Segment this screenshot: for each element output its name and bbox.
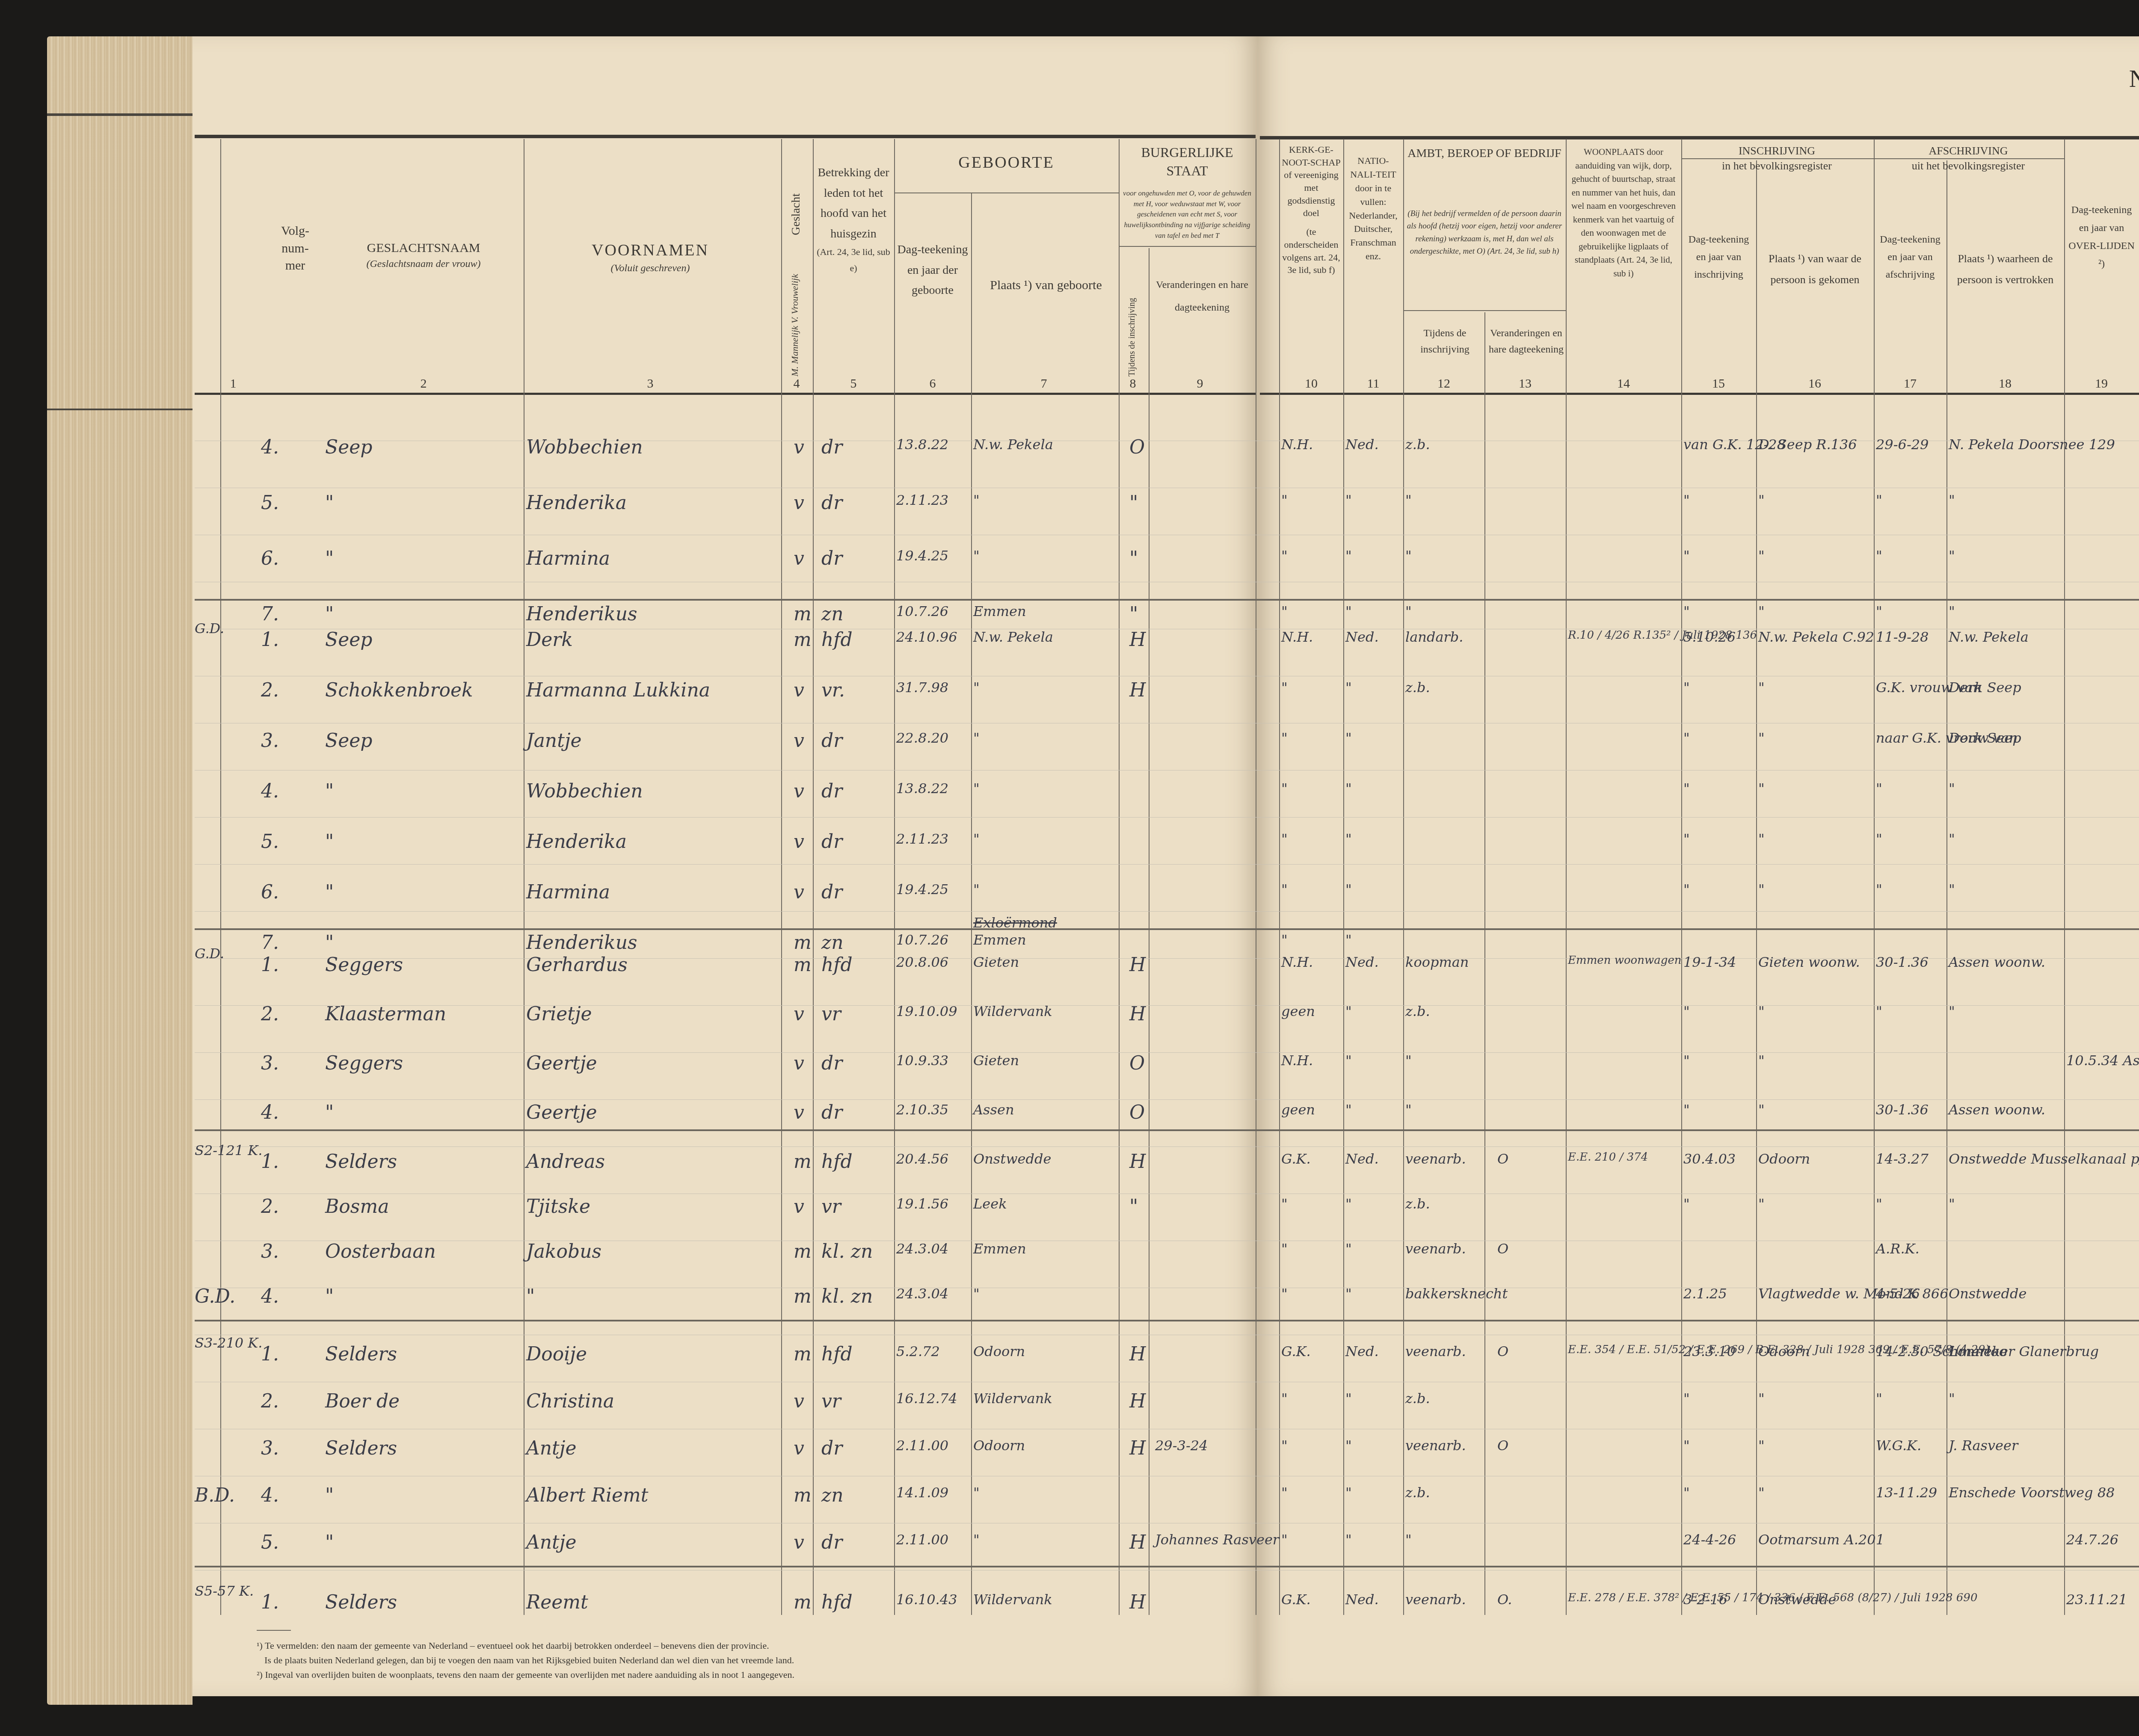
column-number: 13	[1514, 376, 1536, 391]
cell-surname: Selders	[325, 1343, 397, 1365]
cell-given: Dooije	[526, 1343, 587, 1365]
cell-rel: dr	[821, 1437, 842, 1459]
cell-surname: "	[325, 548, 334, 569]
cell-in-date: "	[1683, 603, 1690, 619]
cell-birth-place: "	[973, 780, 980, 797]
cell-rel: dr	[821, 1052, 842, 1074]
cell-church: "	[1281, 492, 1288, 508]
cell-rel: vr	[821, 1196, 841, 1218]
staat-subrule	[1119, 246, 1256, 247]
cell-nr: 6.	[261, 548, 279, 569]
header-overlijden: Dag-teekening en jaar van OVER-LIJDEN ²)	[2066, 201, 2137, 273]
header-bottom-rule-right	[1260, 393, 2139, 395]
cell-in-from: "	[1758, 1196, 1765, 1212]
page-stack-left	[47, 36, 193, 1705]
header-inschrijving: INSCHRIJVING in het bevolkingsregister	[1681, 143, 1872, 173]
cell-civil: H	[1129, 1532, 1146, 1553]
household-margin-note: S2-121 K.	[195, 1142, 262, 1158]
cell-out-to: N. Pekela Doorsnee 129	[1949, 436, 2115, 453]
cell-church: "	[1281, 1390, 1288, 1407]
cell-nr: 5.	[261, 831, 279, 853]
cell-nr: 4.	[261, 1484, 279, 1506]
cell-civil: "	[1129, 548, 1138, 569]
cell-surname: Seep	[325, 629, 372, 651]
cell-out-to: Assen woonw.	[1949, 1102, 2045, 1118]
cell-in-date: 3-2-16	[1683, 1591, 1727, 1608]
col-line	[1946, 160, 1947, 1615]
cell-given: Wobbechien	[526, 436, 643, 458]
cell-birth-place: Gieten	[973, 954, 1019, 970]
cell-nr: 1.	[261, 954, 279, 976]
cell-rel: kl. zn	[821, 1241, 873, 1262]
cell-nr: 2.	[261, 679, 279, 701]
cell-nat: Ned.	[1345, 1151, 1379, 1167]
column-number: 14	[1613, 376, 1634, 391]
cell-nr: 5.	[261, 1532, 279, 1553]
cell-out-to: "	[1949, 881, 1955, 898]
cell-nr: 3.	[261, 1241, 279, 1262]
ruled-line	[195, 582, 2139, 582]
ruled-line	[195, 1241, 2139, 1241]
cell-birth-date: 19.1.56	[896, 1196, 948, 1212]
cell-civil: H	[1129, 1003, 1146, 1025]
cell-in-from: "	[1758, 1390, 1765, 1407]
cell-sex: m	[794, 1151, 812, 1173]
cell-nr: 1.	[261, 1151, 279, 1173]
cell-occ: z.b.	[1405, 1003, 1430, 1019]
cell-occ: veenarb.	[1405, 1151, 1466, 1167]
cell-civil: O	[1129, 436, 1145, 458]
cell-in-date: 23.3.10	[1683, 1343, 1736, 1360]
cell-sex: m	[794, 603, 812, 625]
cell-birth-place: Gieten	[973, 1052, 1019, 1069]
cell-birth-place: "	[973, 730, 980, 746]
cell-civil: H	[1129, 1390, 1146, 1412]
footnote-rule	[257, 1630, 291, 1631]
cell-birth-date: 2.11.00	[896, 1532, 948, 1548]
cell-nat: "	[1345, 1484, 1352, 1501]
cell-surname: Selders	[325, 1151, 397, 1173]
cell-nr: 2.	[261, 1390, 279, 1412]
cell-in-date: 5.10.26	[1683, 629, 1736, 645]
col-line	[1484, 312, 1485, 1615]
cell-given: Jantje	[526, 730, 582, 752]
cell-surname: Boer de	[325, 1390, 400, 1412]
cell-residence: Emmen woonwagen	[1568, 954, 1682, 967]
header-kerkgenootschap-title: KERK-GE-NOOT-SCHAP of vereeniging met go…	[1281, 143, 1341, 219]
cell-out-to: "	[1949, 1003, 1955, 1019]
cell-rel: vr	[821, 1390, 841, 1412]
cell-surname: Seggers	[325, 954, 403, 976]
cell-civil: O	[1129, 1052, 1145, 1074]
cell-occ: "	[1405, 603, 1412, 619]
cell-birth-date: 2.11.00	[896, 1437, 948, 1454]
cell-rel: dr	[821, 780, 842, 802]
cell-given: Andreas	[526, 1151, 605, 1173]
cell-church: "	[1281, 1286, 1288, 1302]
cell-nr: 1.	[261, 1591, 279, 1613]
cell-sex: v	[794, 1390, 804, 1412]
cell-church: G.K.	[1281, 1343, 1311, 1360]
ruled-line	[195, 1005, 2139, 1006]
cell-in-date: "	[1683, 1196, 1690, 1212]
cell-rel: zn	[821, 932, 844, 954]
cell-occ-change: O	[1497, 1343, 1508, 1360]
cell-out-to: "	[1949, 831, 1955, 847]
col-line	[220, 139, 221, 1615]
header-kerkgenootschap: KERK-GE-NOOT-SCHAP of vereeniging met go…	[1281, 143, 1341, 276]
cell-church: "	[1281, 548, 1288, 564]
cell-civil: "	[1129, 603, 1138, 625]
cell-occ: bakkersknecht	[1405, 1286, 1508, 1302]
cell-out-date: A.R.K.	[1876, 1241, 1920, 1257]
cell-civil-change: Johannes Rasveer	[1155, 1532, 1279, 1548]
col-line	[1149, 248, 1149, 1615]
cell-out-to: Derk Seep	[1949, 730, 2021, 746]
cell-church: "	[1281, 1532, 1288, 1548]
cell-in-from: Odoorn	[1758, 1151, 1810, 1167]
ruled-line	[195, 676, 2139, 676]
ruled-line	[195, 488, 2139, 488]
cell-sex: m	[794, 932, 812, 954]
header-tijdens-inschrijving: Tijdens de inschrijving	[1127, 265, 1137, 376]
cell-surname: Schokkenbroek	[325, 679, 473, 701]
cell-birth-date: 24.10.96	[896, 629, 957, 645]
col-line	[1681, 139, 1682, 1615]
header-afschrijving: AFSCHRIJVING uit het bevolkingsregister	[1872, 143, 2064, 173]
cell-birth-date: 10.7.26	[896, 932, 948, 948]
cell-nat: Ned.	[1345, 436, 1379, 453]
col-line	[524, 139, 524, 1615]
cell-given: Wobbechien	[526, 780, 643, 802]
cell-birth-date: 19.4.25	[896, 548, 948, 564]
header-voornamen-sub: (Voluit geschreven)	[556, 261, 744, 275]
cell-surname: Seep	[325, 730, 372, 752]
cell-nat: Ned.	[1345, 954, 1379, 970]
col-line	[1566, 139, 1567, 1615]
cell-civil: O	[1129, 1102, 1145, 1123]
cell-church: "	[1281, 932, 1288, 948]
cell-in-from: "	[1758, 548, 1765, 564]
cell-nat: "	[1345, 881, 1352, 898]
cell-occ: z.b.	[1405, 679, 1430, 696]
header-afschrijving-sub: uit het bevolkingsregister	[1872, 158, 2064, 173]
cell-out-to: N.w. Pekela	[1949, 629, 2029, 645]
ruled-line	[195, 535, 2139, 535]
cell-out-to: Lonneker Glanerbrug	[1949, 1343, 2099, 1360]
cell-nr: 3.	[261, 1437, 279, 1459]
cell-out-to: "	[1949, 492, 1955, 508]
cell-rel: zn	[821, 1484, 844, 1506]
header-betrekking-sub: (Art. 24, 3e lid, sub e)	[815, 244, 892, 276]
header-voornamen: VOORNAMEN (Voluit geschreven)	[556, 240, 744, 276]
header-inschrijving-afschrijving: INSCHRIJVING in het bevolkingsregister A…	[1681, 143, 2064, 173]
cell-occ: "	[1405, 492, 1412, 508]
cell-nr: 3.	[261, 730, 279, 752]
cell-death: 10.5.34 Assen	[2066, 1052, 2139, 1069]
cell-church: "	[1281, 1241, 1288, 1257]
cell-out-date: "	[1876, 831, 1882, 847]
cell-surname: "	[325, 1102, 334, 1123]
cell-sex: m	[794, 1591, 812, 1613]
household-separator	[195, 1129, 2139, 1131]
cell-birth-place: "	[973, 1484, 980, 1501]
cell-in-from: "	[1758, 1052, 1765, 1069]
ruled-line	[195, 1476, 2139, 1476]
header-inschrijving-title: INSCHRIJVING	[1681, 143, 1872, 158]
cell-birth-place: Odoorn	[973, 1343, 1025, 1360]
cell-nr: 5.	[261, 492, 279, 514]
cell-in-date: "	[1683, 780, 1690, 797]
cell-in-from: "	[1758, 780, 1765, 797]
cell-in-date: 19-1-34	[1683, 954, 1736, 970]
cell-out-to: "	[1949, 1196, 1955, 1212]
cell-sex: v	[794, 1052, 804, 1074]
cell-out-date: W.G.K.	[1876, 1437, 1921, 1454]
cell-sex: v	[794, 1196, 804, 1218]
header-betrekking-title: Betrekking der leden tot het hoofd van h…	[815, 163, 892, 244]
cell-occ: "	[1405, 1102, 1412, 1118]
cell-in-date: "	[1683, 548, 1690, 564]
household-separator	[195, 1320, 2139, 1321]
cell-out-to: "	[1949, 780, 1955, 797]
cell-surname: Klaasterman	[325, 1003, 446, 1025]
cell-birth-place-struck: Exloërmond	[973, 915, 1057, 931]
cell-birth-date: 2.10.35	[896, 1102, 948, 1118]
cell-church: "	[1281, 1437, 1288, 1454]
cell-surname: "	[325, 831, 334, 853]
cell-surname: "	[325, 1532, 334, 1553]
cell-occ-change: O	[1497, 1437, 1508, 1454]
cell-given: Gerhardus	[526, 954, 628, 976]
cell-rel: dr	[821, 492, 842, 514]
cell-in-from: "	[1758, 492, 1765, 508]
cell-surname: Bosma	[325, 1196, 389, 1218]
cell-civil: H	[1129, 1437, 1146, 1459]
cell-birth-date: 16.12.74	[896, 1390, 957, 1407]
cell-occ: koopman	[1405, 954, 1469, 970]
header-geslacht-sub: M. Mannelijk V. Vrouwelijk	[789, 252, 800, 376]
cell-out-to: "	[1949, 1390, 1955, 1407]
cell-surname: "	[325, 492, 334, 514]
cell-church: "	[1281, 730, 1288, 746]
cell-nr: 4.	[261, 780, 279, 802]
cell-civil: H	[1129, 1343, 1146, 1365]
cell-given: Harmina	[526, 548, 610, 569]
cell-church: N.H.	[1281, 629, 1313, 645]
cell-civil: H	[1129, 954, 1146, 976]
header-top-rule-left	[195, 135, 1256, 138]
cell-in-from: Ootmarsum A.201	[1758, 1532, 1884, 1548]
cell-out-date: 13-11.29	[1876, 1484, 1937, 1501]
cell-occ: landarb.	[1405, 629, 1463, 645]
cell-sex: v	[794, 1102, 804, 1123]
household-margin-note-lower: G.D.	[195, 1286, 235, 1307]
cell-surname: "	[325, 932, 334, 954]
household-margin-note: G.D.	[195, 945, 224, 962]
cell-sex: m	[794, 1286, 812, 1307]
cell-surname: "	[325, 881, 334, 903]
cell-nr: 3.	[261, 1052, 279, 1074]
cell-occ: "	[1405, 548, 1412, 564]
cell-nr: 4.	[261, 1102, 279, 1123]
cell-in-from: Odoorn	[1758, 1343, 1810, 1360]
column-number: 3	[640, 376, 661, 391]
cell-nr: 7.	[261, 603, 279, 625]
cell-occ: "	[1405, 1532, 1412, 1548]
header-betrekking: Betrekking der leden tot het hoofd van h…	[815, 163, 892, 276]
cell-death: 23.11.21	[2066, 1591, 2127, 1608]
cell-birth-place: "	[973, 548, 980, 564]
cell-out-date: "	[1876, 603, 1882, 619]
cell-nat: "	[1345, 1390, 1352, 1407]
cell-birth-date: 19.4.25	[896, 881, 948, 898]
ruled-line	[195, 1429, 2139, 1429]
ruled-line	[195, 770, 2139, 770]
cell-birth-place: N.w. Pekela	[973, 629, 1053, 645]
col-line	[813, 139, 814, 1615]
cell-out-to: "	[1949, 548, 1955, 564]
cell-in-date: 24-4-26	[1683, 1532, 1736, 1548]
col-line	[1343, 139, 1344, 1615]
cell-in-from: "	[1758, 1003, 1765, 1019]
cell-sex: v	[794, 831, 804, 853]
cell-rel: zn	[821, 603, 844, 625]
header-voornamen-title: VOORNAMEN	[556, 240, 744, 261]
column-number: 18	[1994, 376, 2016, 391]
cell-given: Reemt	[526, 1591, 588, 1613]
cell-nat: Ned.	[1345, 1591, 1379, 1608]
header-volgnummer: Volg- num- mer	[261, 222, 329, 275]
cell-nat: "	[1345, 492, 1352, 508]
cell-church: geen	[1281, 1003, 1315, 1019]
cell-occ-change: O.	[1497, 1591, 1512, 1608]
header-burgerlijke-staat: BURGERLIJKE STAAT	[1121, 143, 1253, 180]
cell-given: Derk	[526, 629, 573, 651]
cell-in-date: "	[1683, 1484, 1690, 1501]
cell-occ: veenarb.	[1405, 1343, 1466, 1360]
cell-rel: dr	[821, 730, 842, 752]
cell-out-date: "	[1876, 780, 1882, 797]
cell-nat: "	[1345, 679, 1352, 696]
cell-given: "	[526, 1286, 535, 1307]
cell-out-date: "	[1876, 881, 1882, 898]
cell-nr: 2.	[261, 1196, 279, 1218]
cell-civil: H	[1129, 1151, 1146, 1173]
cell-rel: kl. zn	[821, 1286, 873, 1307]
cell-birth-date: 13.8.22	[896, 436, 948, 453]
cell-in-date: "	[1683, 679, 1690, 696]
header-burgerlijke-staat-sub: voor ongehuwden met O, voor de gehuwden …	[1121, 188, 1253, 241]
cell-rel: vr	[821, 1003, 841, 1025]
cell-rel: hfd	[821, 1591, 853, 1613]
cell-rel: dr	[821, 548, 842, 569]
cell-church: geen	[1281, 1102, 1315, 1118]
column-number: 11	[1363, 376, 1384, 391]
cell-birth-place: Wildervank	[973, 1003, 1052, 1019]
cell-birth-place: "	[973, 1532, 980, 1548]
header-geslachtsnaam-sub: (Geslachtsnaam der vrouw)	[351, 257, 496, 271]
cell-occ: veenarb.	[1405, 1591, 1466, 1608]
cell-out-to: J. Rasveer	[1949, 1437, 2018, 1454]
cell-surname: Selders	[325, 1591, 397, 1613]
header-veranderingen: Veranderingen en hare dagteekening	[1151, 274, 1253, 319]
cell-nat: "	[1345, 1286, 1352, 1302]
cell-surname: "	[325, 780, 334, 802]
header-inschrijving-plaats: Plaats ¹) van waar de persoon is gekomen	[1758, 248, 1872, 290]
cell-out-to: Assen woonw.	[1949, 954, 2045, 970]
cell-civil: H	[1129, 629, 1146, 651]
cell-surname: Seggers	[325, 1052, 403, 1074]
cell-birth-date: 22.8.20	[896, 730, 948, 746]
cell-sex: v	[794, 1003, 804, 1025]
column-number: 6	[922, 376, 943, 391]
cell-given: Henderika	[526, 492, 627, 514]
col-line	[1756, 160, 1757, 1615]
cell-in-date: 30.4.03	[1683, 1151, 1736, 1167]
cell-occ: z.b.	[1405, 1196, 1430, 1212]
cell-civil: H	[1129, 1591, 1146, 1613]
cell-rel: hfd	[821, 954, 853, 976]
household-margin-note: G.D.	[195, 620, 224, 637]
cell-surname: "	[325, 1484, 334, 1506]
column-number: 9	[1189, 376, 1211, 391]
cell-nat: "	[1345, 1052, 1352, 1069]
ruled-line	[195, 911, 2139, 912]
column-number: 1	[222, 376, 244, 391]
cell-birth-date: 10.9.33	[896, 1052, 948, 1069]
cell-sex: m	[794, 629, 812, 651]
cell-out-date: 11-9-28	[1876, 629, 1929, 645]
ruled-line	[195, 1146, 2139, 1147]
cell-nat: "	[1345, 548, 1352, 564]
cell-sex: v	[794, 730, 804, 752]
header-geslacht: Geslacht	[789, 158, 803, 235]
cell-birth-place: "	[973, 492, 980, 508]
ruled-line	[195, 1335, 2139, 1335]
cell-occ-change: O	[1497, 1151, 1508, 1167]
cell-residence: E.E. 210 / 374	[1568, 1151, 1648, 1164]
cell-out-to: "	[1949, 603, 1955, 619]
cell-given: Henderikus	[526, 603, 637, 625]
cell-rel: dr	[821, 1102, 842, 1123]
cell-in-date: "	[1683, 881, 1690, 898]
cell-rel: hfd	[821, 1343, 853, 1365]
household-separator	[195, 599, 2139, 601]
header-ambt-tijdens: Tijdens de inschrijving	[1405, 325, 1484, 358]
cell-in-date: 2.1.25	[1683, 1286, 1727, 1302]
cell-church: "	[1281, 603, 1288, 619]
cell-given: Antje	[526, 1532, 576, 1553]
cell-birth-date: 19.10.09	[896, 1003, 957, 1019]
column-number: 2	[413, 376, 434, 391]
cell-civil: H	[1129, 679, 1146, 701]
cell-nat: "	[1345, 1241, 1352, 1257]
cell-birth-place: Emmen	[973, 1241, 1026, 1257]
cell-given: Albert Riemt	[526, 1484, 648, 1506]
cell-out-to: Enschede Voorstweg 88	[1949, 1484, 2115, 1501]
footnote-1a: ¹) Te vermelden: den naam der gemeente v…	[257, 1638, 1069, 1653]
cell-in-from: D. Seep R.136	[1758, 436, 1857, 453]
col-line	[1403, 139, 1404, 1615]
header-inschrijving-sub: in het bevolkingsregister	[1681, 158, 1872, 173]
cell-in-date: "	[1683, 492, 1690, 508]
cell-in-from: "	[1758, 730, 1765, 746]
cell-in-date: "	[1683, 1102, 1690, 1118]
cell-birth-date: 2.11.23	[896, 831, 948, 847]
cell-nat: "	[1345, 780, 1352, 797]
cell-birth-place: "	[973, 679, 980, 696]
